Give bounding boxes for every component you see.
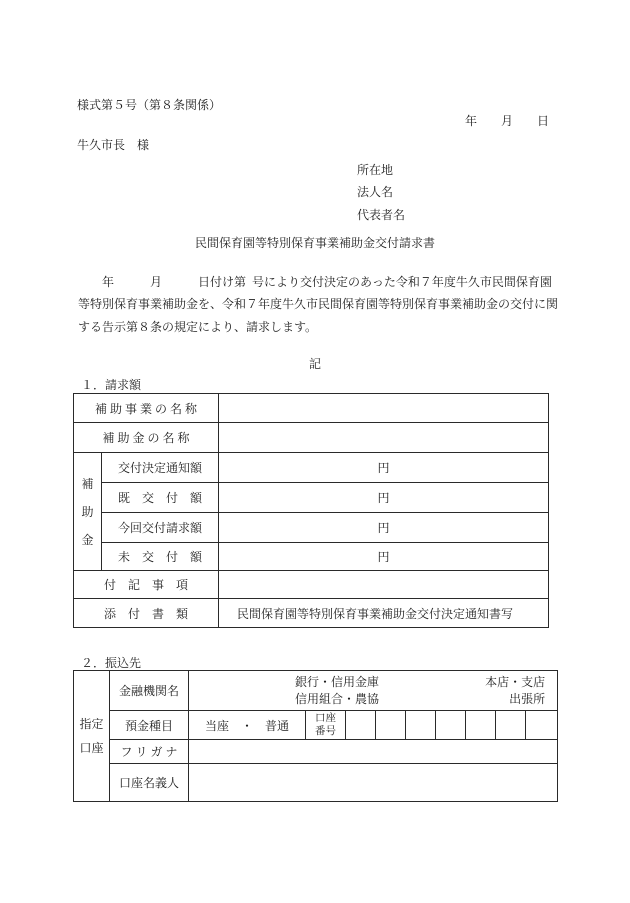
- table-row: 未 交 付 額 円: [74, 543, 549, 571]
- sender-block: 所在地 法人名 代表者名: [357, 159, 405, 226]
- account-number-label: 口座 番号: [306, 711, 346, 740]
- table-row: 今回交付請求額 円: [74, 513, 549, 543]
- furigana-value-cell[interactable]: [189, 740, 558, 764]
- document-title: 民間保育園等特別保育事業補助金交付請求書: [0, 234, 630, 251]
- already-paid-amount-label: 既 交 付 額: [102, 483, 219, 513]
- body-line-3: する告示第８条の規定により、請求します。: [78, 316, 558, 338]
- unpaid-amount-cell[interactable]: 円: [219, 543, 549, 571]
- account-number-digit-cell[interactable]: [376, 711, 406, 740]
- subsidy-name-value-cell[interactable]: [219, 423, 549, 453]
- institution-type-line2: 信用組合・農協: [189, 691, 485, 708]
- addressee: 牛久市長 様: [77, 136, 149, 153]
- account-number-digit-cell[interactable]: [406, 711, 436, 740]
- account-holder-value-cell[interactable]: [189, 764, 558, 802]
- issue-date-blank: 年 月 日: [465, 112, 549, 129]
- bank-transfer-table: 指定 口座 金融機関名 銀行・信用金庫 信用組合・農協 本店・支店 出張所 預金…: [73, 670, 558, 802]
- deposit-type-options[interactable]: 当座 ・ 普通: [189, 711, 306, 740]
- branch-type-line1: 本店・支店: [485, 674, 545, 691]
- account-holder-label: 口座名義人: [110, 764, 189, 802]
- sender-representative-label: 代表者名: [357, 204, 405, 226]
- designated-account-group-label: 指定 口座: [74, 671, 110, 802]
- account-number-digit-cell[interactable]: [496, 711, 526, 740]
- table-row: 補 助 事 業 の 名 称: [74, 394, 549, 423]
- table-row: 添 付 書 類 民間保育園等特別保育事業補助金交付決定通知書写: [74, 599, 549, 628]
- table-row: 付 記 事 項: [74, 571, 549, 599]
- account-number-digit-cell[interactable]: [526, 711, 558, 740]
- decision-notice-amount-label: 交付決定通知額: [102, 453, 219, 483]
- financial-institution-cell[interactable]: 銀行・信用金庫 信用組合・農協 本店・支店 出張所: [189, 671, 558, 711]
- form-number: 様式第５号（第８条関係）: [77, 96, 221, 113]
- body-line-1: 年 月 日付け第 号により交付決定のあった令和７年度牛久市民間保育園: [78, 271, 558, 293]
- deposit-type-label: 預金種目: [110, 711, 189, 740]
- table-row: 補 助 金 交付決定通知額 円: [74, 453, 549, 483]
- notes-label: 付 記 事 項: [74, 571, 219, 599]
- section2-heading: ２．振込先: [81, 654, 141, 671]
- table-row: 口座名義人: [74, 764, 558, 802]
- attachments-label: 添 付 書 類: [74, 599, 219, 628]
- document-page: 様式第５号（第８条関係） 年 月 日 牛久市長 様 所在地 法人名 代表者名 民…: [0, 0, 630, 903]
- section1-heading: １．請求額: [81, 376, 141, 393]
- project-name-label: 補 助 事 業 の 名 称: [74, 394, 219, 423]
- note-mark: 記: [0, 355, 630, 372]
- body-line-2: 等特別保育事業補助金を、令和７年度牛久市民間保育園等特別保育事業補助金の交付に関: [78, 293, 558, 315]
- table-row: 指定 口座 金融機関名 銀行・信用金庫 信用組合・農協 本店・支店 出張所: [74, 671, 558, 711]
- current-claim-amount-cell[interactable]: 円: [219, 513, 549, 543]
- branch-type-options: 本店・支店 出張所: [485, 674, 557, 708]
- branch-type-line2: 出張所: [485, 691, 545, 708]
- decision-notice-amount-cell[interactable]: 円: [219, 453, 549, 483]
- table-row: 補 助 金 の 名 称: [74, 423, 549, 453]
- table-row: 預金種目 当座 ・ 普通 口座 番号: [74, 711, 558, 740]
- notes-value-cell[interactable]: [219, 571, 549, 599]
- table-row: 既 交 付 額 円: [74, 483, 549, 513]
- financial-institution-label: 金融機関名: [110, 671, 189, 711]
- already-paid-amount-cell[interactable]: 円: [219, 483, 549, 513]
- table-row: フ リ ガ ナ: [74, 740, 558, 764]
- account-number-digit-cell[interactable]: [466, 711, 496, 740]
- institution-type-line1: 銀行・信用金庫: [189, 674, 485, 691]
- claim-table: 補 助 事 業 の 名 称 補 助 金 の 名 称 補 助 金 交付決定通知額 …: [73, 393, 549, 628]
- project-name-value-cell[interactable]: [219, 394, 549, 423]
- body-paragraph: 年 月 日付け第 号により交付決定のあった令和７年度牛久市民間保育園 等特別保育…: [78, 271, 558, 338]
- subsidy-name-label: 補 助 金 の 名 称: [74, 423, 219, 453]
- institution-type-options: 銀行・信用金庫 信用組合・農協: [189, 674, 485, 708]
- account-number-digit-cell[interactable]: [346, 711, 376, 740]
- unpaid-amount-label: 未 交 付 額: [102, 543, 219, 571]
- subsidy-group-label: 補 助 金: [74, 453, 102, 571]
- furigana-label: フ リ ガ ナ: [110, 740, 189, 764]
- sender-corporation-label: 法人名: [357, 181, 405, 203]
- sender-address-label: 所在地: [357, 159, 405, 181]
- current-claim-amount-label: 今回交付請求額: [102, 513, 219, 543]
- attachments-value: 民間保育園等特別保育事業補助金交付決定通知書写: [219, 599, 549, 628]
- account-number-digit-cell[interactable]: [436, 711, 466, 740]
